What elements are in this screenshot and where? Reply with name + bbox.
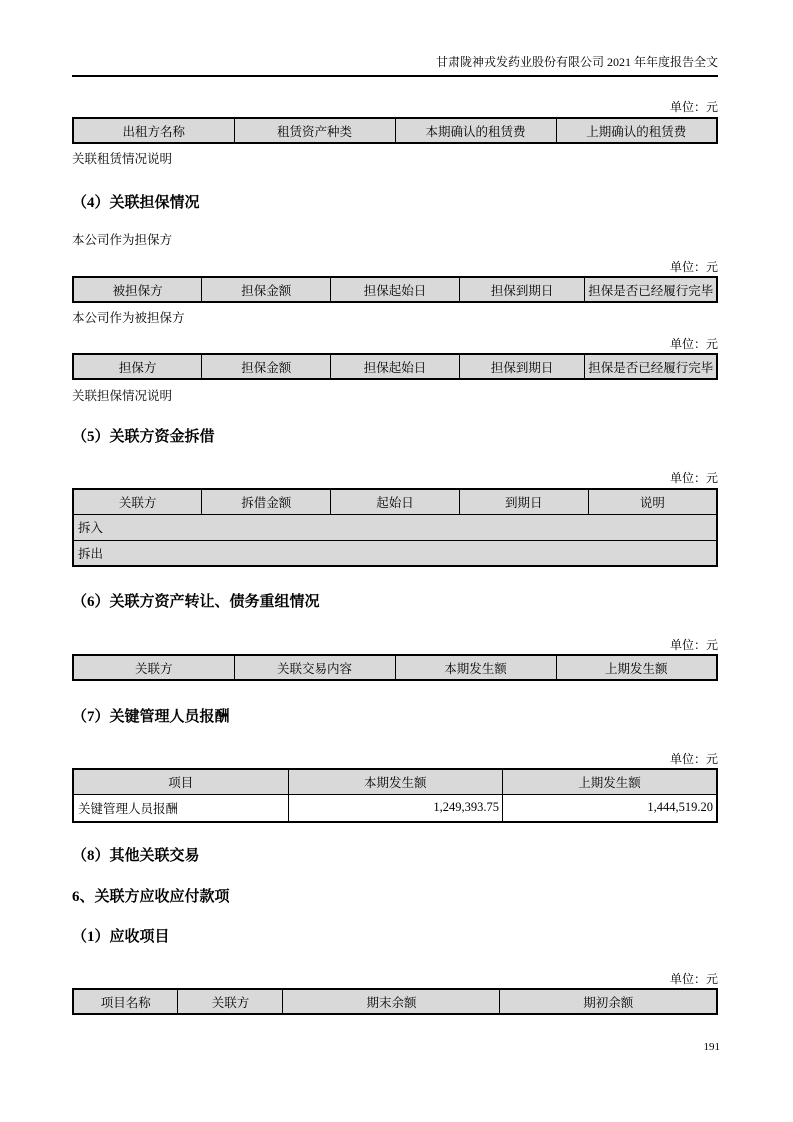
guaranteed-header-guarantor: 担保方 (73, 354, 202, 379)
table-row: 拆出 (73, 540, 717, 566)
guaranteed-header-fulfilled: 担保是否已经履行完毕 (585, 354, 717, 379)
receivables-header-item-name: 项目名称 (73, 989, 178, 1014)
guaranteed-header-amount: 担保金额 (202, 354, 331, 379)
as-guarantor-label: 本公司作为担保方 (72, 233, 718, 247)
receivables-table: 项目名称 关联方 期末余额 期初余额 (72, 988, 718, 1015)
compensation-header-prior-amount: 上期发生额 (503, 769, 717, 794)
table-header-row: 出租方名称 租赁资产种类 本期确认的租赁费 上期确认的租赁费 (73, 118, 717, 143)
lending-table: 关联方 拆借金额 起始日 到期日 说明 拆入 拆出 (72, 488, 718, 567)
section-heading-transfer: （6）关联方资产转让、债务重组情况 (72, 594, 718, 611)
section-heading-guarantee: （4）关联担保情况 (72, 195, 718, 212)
table-row: 拆入 (73, 514, 717, 540)
transfer-header-current-amount: 本期发生额 (395, 655, 556, 680)
lending-header-start-date: 起始日 (331, 489, 460, 514)
guarantor-header-fulfilled: 担保是否已经履行完毕 (585, 277, 717, 302)
report-page: 甘肃陇神戎发药业股份有限公司 2021 年年度报告全文 单位：元 出租方名称 租… (0, 0, 793, 1122)
section-heading-receivables: （1）应收项目 (72, 929, 718, 946)
rental-header-asset-type: 租赁资产种类 (234, 118, 395, 143)
compensation-header-current-amount: 本期发生额 (288, 769, 502, 794)
compensation-header-item: 项目 (73, 769, 288, 794)
unit-label-compensation: 单位：元 (72, 752, 718, 766)
guaranteed-header-end-date: 担保到期日 (459, 354, 585, 379)
rental-header-current-fee: 本期确认的租赁费 (395, 118, 556, 143)
rental-header-prior-fee: 上期确认的租赁费 (556, 118, 717, 143)
lending-header-related-party: 关联方 (73, 489, 202, 514)
unit-label-rental: 单位：元 (72, 100, 718, 114)
transfer-header-content: 关联交易内容 (234, 655, 395, 680)
rental-note: 关联租赁情况说明 (72, 152, 718, 166)
transfer-header-related-party: 关联方 (73, 655, 234, 680)
rental-header-lessor: 出租方名称 (73, 118, 234, 143)
compensation-table: 项目 本期发生额 上期发生额 关键管理人员报酬 1,249,393.75 1,4… (72, 768, 718, 823)
guarantor-header-amount: 担保金额 (202, 277, 331, 302)
table-header-row: 被担保方 担保金额 担保起始日 担保到期日 担保是否已经履行完毕 (73, 277, 717, 302)
guarantee-note: 关联担保情况说明 (72, 389, 718, 403)
section-heading-lending: （5）关联方资金拆借 (72, 429, 718, 446)
guaranteed-table: 担保方 担保金额 担保起始日 担保到期日 担保是否已经履行完毕 (72, 353, 718, 380)
lending-header-amount: 拆借金额 (202, 489, 331, 514)
table-header-row: 关联方 关联交易内容 本期发生额 上期发生额 (73, 655, 717, 680)
lending-header-note: 说明 (588, 489, 717, 514)
guaranteed-header-start-date: 担保起始日 (331, 354, 460, 379)
transfer-header-prior-amount: 上期发生额 (556, 655, 717, 680)
unit-label-guarantor: 单位：元 (72, 260, 718, 274)
receivables-header-ending-balance: 期末余额 (283, 989, 500, 1014)
unit-label-guaranteed: 单位：元 (72, 337, 718, 351)
table-header-row: 项目 本期发生额 上期发生额 (73, 769, 717, 794)
guarantor-header-start-date: 担保起始日 (331, 277, 460, 302)
guarantor-header-end-date: 担保到期日 (459, 277, 585, 302)
unit-label-transfer: 单位：元 (72, 638, 718, 652)
table-header-row: 项目名称 关联方 期末余额 期初余额 (73, 989, 717, 1014)
document-header-title: 甘肃陇神戎发药业股份有限公司 2021 年年度报告全文 (72, 55, 718, 77)
table-row: 关键管理人员报酬 1,249,393.75 1,444,519.20 (73, 794, 717, 822)
transfer-table: 关联方 关联交易内容 本期发生额 上期发生额 (72, 654, 718, 681)
table-header-row: 担保方 担保金额 担保起始日 担保到期日 担保是否已经履行完毕 (73, 354, 717, 379)
rental-table: 出租方名称 租赁资产种类 本期确认的租赁费 上期确认的租赁费 (72, 117, 718, 144)
lending-row-borrowed: 拆入 (73, 514, 717, 540)
section-heading-compensation: （7）关键管理人员报酬 (72, 709, 718, 726)
page-content: 甘肃陇神戎发药业股份有限公司 2021 年年度报告全文 单位：元 出租方名称 租… (0, 0, 793, 1015)
receivables-header-related-party: 关联方 (178, 989, 283, 1014)
section-heading-balances: 6、关联方应收应付款项 (72, 889, 718, 906)
unit-label-receivables: 单位：元 (72, 972, 718, 986)
compensation-item: 关键管理人员报酬 (73, 794, 288, 822)
compensation-prior-value: 1,444,519.20 (503, 794, 717, 822)
receivables-header-beginning-balance: 期初余额 (500, 989, 717, 1014)
as-guaranteed-label: 本公司作为被担保方 (72, 311, 718, 325)
page-number: 191 (704, 1041, 721, 1054)
compensation-current-value: 1,249,393.75 (288, 794, 502, 822)
section-heading-other: （8）其他关联交易 (72, 848, 718, 865)
guarantor-header-guaranteed-party: 被担保方 (73, 277, 202, 302)
guarantor-table: 被担保方 担保金额 担保起始日 担保到期日 担保是否已经履行完毕 (72, 276, 718, 303)
lending-row-lent: 拆出 (73, 540, 717, 566)
unit-label-lending: 单位：元 (72, 471, 718, 485)
table-header-row: 关联方 拆借金额 起始日 到期日 说明 (73, 489, 717, 514)
lending-header-end-date: 到期日 (459, 489, 588, 514)
